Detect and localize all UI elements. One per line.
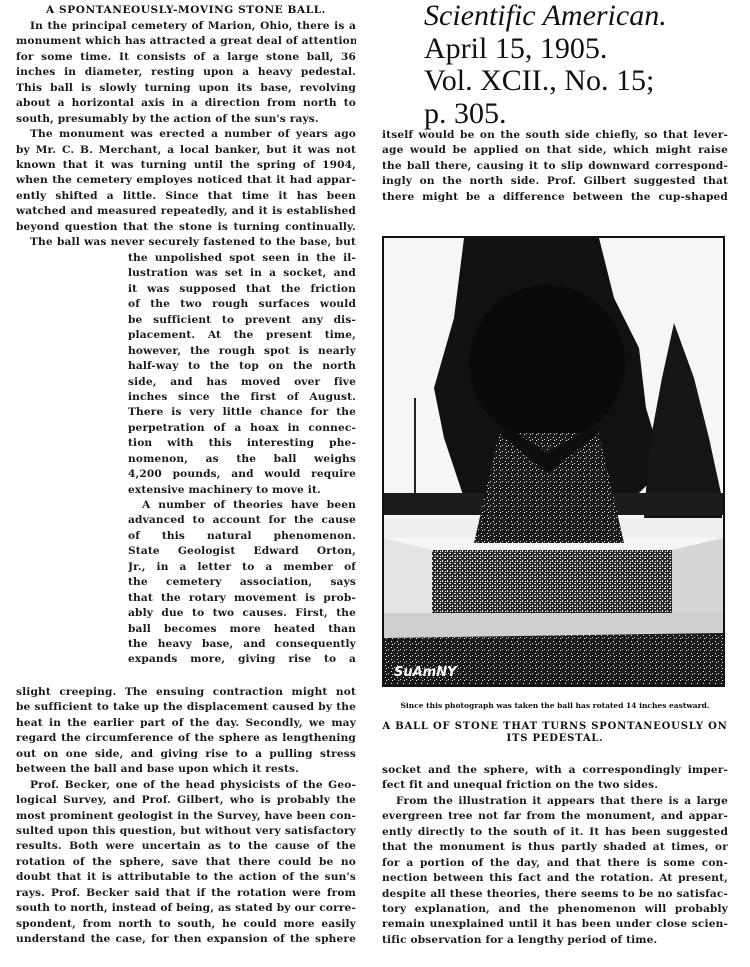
text-line: age would be applied on that side, which… — [382, 143, 728, 158]
text-line: south, presumably by the action of the s… — [16, 112, 356, 127]
text-line: tific observation for a lengthy period o… — [382, 933, 728, 948]
text-line: the unpolished spot seen in the il- — [128, 251, 356, 266]
text-line: Prof. Becker, one of the head physicists… — [16, 778, 356, 793]
text-line: ball becomes more heated than — [128, 622, 356, 637]
text-line: State Geologist Edward Orton, — [128, 544, 356, 559]
text-line: out on one side, and giving rise to a pu… — [16, 747, 356, 762]
text-line: heat in the earlier part of the day. Sec… — [16, 716, 356, 731]
text-line: however, the rough spot is nearly — [128, 344, 356, 359]
stone-ball-photograph: SuAmNY — [382, 236, 725, 687]
text-line: understand the case, for then expansion … — [16, 932, 356, 947]
text-line: rotation of the sphere, save that there … — [16, 855, 356, 870]
text-line: The ball was never securely fastened to … — [16, 235, 356, 250]
masthead: Scientific American. April 15, 1905. Vol… — [424, 0, 667, 130]
article-title: A SPONTANEOUSLY-MOVING STONE BALL. — [0, 4, 372, 16]
figure-heading: A BALL OF STONE THAT TURNS SPONTANEOUSLY… — [380, 721, 730, 744]
text-line: placement. At the present time, — [128, 328, 356, 343]
text-line: itself would be on the south side chiefl… — [382, 128, 728, 143]
text-line: of the two rough surfaces would — [128, 297, 356, 312]
text-line: remain unexplained until it has been und… — [382, 917, 728, 932]
text-line: regard the circumference of the sphere a… — [16, 731, 356, 746]
text-line: rays. Prof. Becker said that if the rota… — [16, 886, 356, 901]
right-column-bottom: socket and the sphere, with a correspond… — [382, 763, 728, 948]
text-line: side, and has moved over five — [128, 375, 356, 390]
narrow-column: the unpolished spot seen in the il- lust… — [128, 251, 356, 668]
left-column-bottom: slight creeping. The ensuing contraction… — [16, 685, 356, 947]
text-line: half-way to the top on the north — [128, 359, 356, 374]
text-line: The monument was erected a number of yea… — [16, 127, 356, 142]
text-line: A number of theories have been — [128, 498, 356, 513]
text-line: expands more, giving rise to a — [128, 652, 356, 667]
text-line: south to north, instead of being, as sta… — [16, 901, 356, 916]
text-line: evergreen tree not far from the monument… — [382, 809, 728, 824]
text-line: ently shifted a little. Since that time … — [16, 189, 356, 204]
text-line: advanced to account for the cause — [128, 513, 356, 528]
text-line: From the illustration it appears that th… — [382, 794, 728, 809]
text-line: fect fit and unequal friction on the two… — [382, 778, 728, 793]
page-number: p. 305. — [424, 98, 667, 131]
text-line: This ball is slowly turning upon its bas… — [16, 81, 356, 96]
text-line: There is very little chance for the — [128, 405, 356, 420]
figure-caption: Since this photograph was taken the ball… — [382, 701, 728, 710]
text-line: extensive machinery to move it. — [128, 483, 356, 498]
text-line: for some time. It consists of a large st… — [16, 50, 356, 65]
text-line: there might be a difference between the … — [382, 190, 728, 205]
text-line: socket and the sphere, with a correspond… — [382, 763, 728, 778]
figure-heading-line-1: A BALL OF STONE THAT TURNS SPONTANEOUSLY… — [380, 721, 730, 733]
text-line: the ball there, causing it to slip downw… — [382, 159, 728, 174]
text-line: slight creeping. The ensuing contraction… — [16, 685, 356, 700]
text-line: watched and measured repeatedly, and it … — [16, 204, 356, 219]
text-line: doubt that it is attributable to the act… — [16, 870, 356, 885]
text-line: the heavy base, and consequently — [128, 637, 356, 652]
text-line: 4,200 pounds, and would require — [128, 467, 356, 482]
text-line: between the ball and base upon which it … — [16, 762, 356, 777]
text-line: tory explanation, and the phenomenon wil… — [382, 902, 728, 917]
text-line: known that it was turning until the spri… — [16, 158, 356, 173]
text-line: it was supposed that the friction — [128, 282, 356, 297]
text-line: the cemetery association, says — [128, 575, 356, 590]
text-line: lustration was set in a socket, and — [128, 266, 356, 281]
text-line: be sufficient to prevent any dis- — [128, 313, 356, 328]
text-line: ably due to two causes. First, the — [128, 606, 356, 621]
volume-number: Vol. XCII., No. 15; — [424, 65, 667, 98]
text-line: of this natural phenomenon. — [128, 529, 356, 544]
text-line: most prominent geologist in the Survey, … — [16, 809, 356, 824]
text-line: by Mr. C. B. Merchant, a local banker, b… — [16, 143, 356, 158]
text-line: spondent, from north to south, he could … — [16, 917, 356, 932]
text-line: nection between this fact and the rotati… — [382, 871, 728, 886]
issue-date: April 15, 1905. — [424, 33, 667, 66]
text-line: results. Both were uncertain as to the c… — [16, 839, 356, 854]
text-line: despite all these theories, there seems … — [382, 887, 728, 902]
text-line: sulted upon this question, but without v… — [16, 824, 356, 839]
text-line: logical Survey, and Prof. Gilbert, who i… — [16, 793, 356, 808]
publication-name: Scientific American. — [424, 0, 667, 33]
text-line: beyond question that the stone is turnin… — [16, 220, 356, 235]
text-line: when the cemetery employes noticed that … — [16, 173, 356, 188]
photographer-signature: SuAmNY — [394, 665, 458, 680]
text-line: be sufficient to take up the displacemen… — [16, 700, 356, 715]
text-line: ingly on the north side. Prof. Gilbert s… — [382, 174, 728, 189]
text-line: ently directly to the south of it. It ha… — [382, 825, 728, 840]
text-line: nomenon, as the ball weighs — [128, 452, 356, 467]
text-line: for a portion of the day, and that there… — [382, 856, 728, 871]
text-line: tion with this interesting phe- — [128, 436, 356, 451]
right-column-top: itself would be on the south side chiefl… — [382, 128, 728, 205]
text-line: that the rotary movement is prob- — [128, 591, 356, 606]
text-line: monument which has attracted a great dea… — [16, 34, 356, 49]
figure-heading-line-2: ITS PEDESTAL. — [380, 733, 730, 745]
text-line: In the principal cemetery of Marion, Ohi… — [16, 19, 356, 34]
text-line: inches in diameter, resting upon a heavy… — [16, 65, 356, 80]
photo-illustration: SuAmNY — [384, 238, 723, 685]
text-line: inches since the first of August. — [128, 390, 356, 405]
left-column-top: In the principal cemetery of Marion, Ohi… — [16, 19, 356, 251]
text-line: Jr., in a letter to a member of — [128, 560, 356, 575]
text-line: that the monument is thus partly shaded … — [382, 840, 728, 855]
text-line: perpetration of a hoax in connec- — [128, 421, 356, 436]
text-line: about a horizontal axis in a direction f… — [16, 96, 356, 111]
